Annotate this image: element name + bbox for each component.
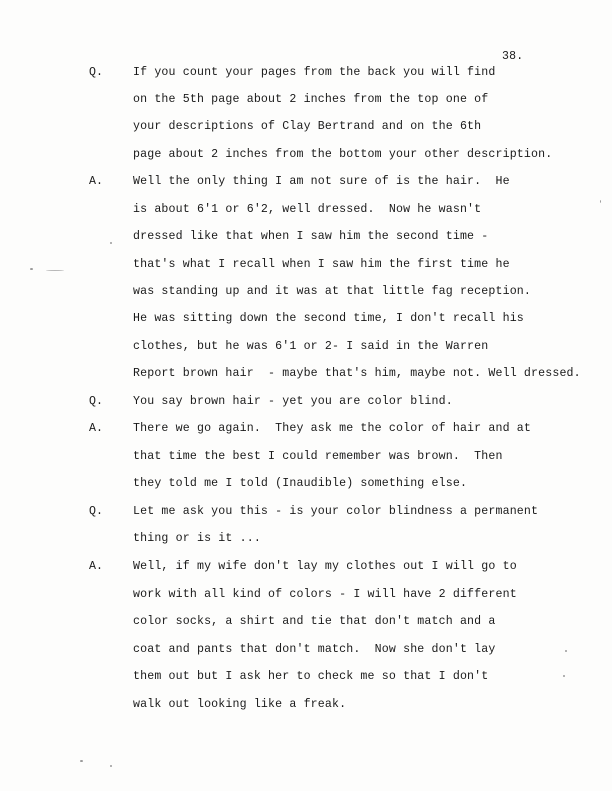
transcript-line: your descriptions of Clay Bertrand and o… (133, 120, 481, 134)
scan-speck (565, 650, 567, 652)
transcript-line: on the 5th page about 2 inches from the … (133, 93, 488, 107)
speaker-label-answer: A. (89, 175, 103, 189)
transcript-line: work with all kind of colors - I will ha… (133, 588, 517, 602)
transcript-line: color socks, a shirt and tie that don't … (133, 615, 495, 629)
scan-speck (46, 270, 64, 271)
speaker-label-question: Q. (89, 395, 103, 409)
transcript-line: walk out looking like a freak. (133, 698, 346, 712)
transcript-line: that's what I recall when I saw him the … (133, 258, 510, 272)
transcript-line: Let me ask you this - is your color blin… (133, 505, 538, 519)
transcript-line: You say brown hair - yet you are color b… (133, 395, 453, 409)
speaker-label-answer: A. (89, 422, 103, 436)
transcript-line: page about 2 inches from the bottom your… (133, 148, 552, 162)
speaker-label-question: Q. (89, 66, 103, 80)
transcript-line: Report brown hair - maybe that's him, ma… (133, 367, 581, 381)
transcript-line: dressed like that when I saw him the sec… (133, 230, 488, 244)
scan-speck (80, 760, 83, 762)
transcript-line: was standing up and it was at that littl… (133, 285, 531, 299)
transcript-line: If you count your pages from the back yo… (133, 66, 495, 80)
transcript-line: they told me I told (Inaudible) somethin… (133, 477, 467, 491)
transcript-page: 38. Q. If you count your pages from the … (0, 0, 612, 791)
transcript-line: Well, if my wife don't lay my clothes ou… (133, 560, 517, 574)
transcript-line: Well the only thing I am not sure of is … (133, 175, 510, 189)
transcript-line: He was sitting down the second time, I d… (133, 312, 524, 326)
scan-speck (110, 242, 112, 244)
speaker-label-answer: A. (89, 560, 103, 574)
scan-speck (600, 200, 601, 203)
transcript-line: is about 6'1 or 6'2, well dressed. Now h… (133, 203, 481, 217)
transcript-line: that time the best I could remember was … (133, 450, 503, 464)
scan-speck (110, 765, 112, 767)
scan-speck (30, 268, 33, 270)
transcript-line: coat and pants that don't match. Now she… (133, 643, 495, 657)
page-number: 38. (502, 50, 523, 63)
transcript-line: them out but I ask her to check me so th… (133, 670, 488, 684)
transcript-line: clothes, but he was 6'1 or 2- I said in … (133, 340, 488, 354)
scan-speck (563, 675, 565, 677)
transcript-line: There we go again. They ask me the color… (133, 422, 531, 436)
speaker-label-question: Q. (89, 505, 103, 519)
transcript-line: thing or is it ... (133, 532, 261, 546)
